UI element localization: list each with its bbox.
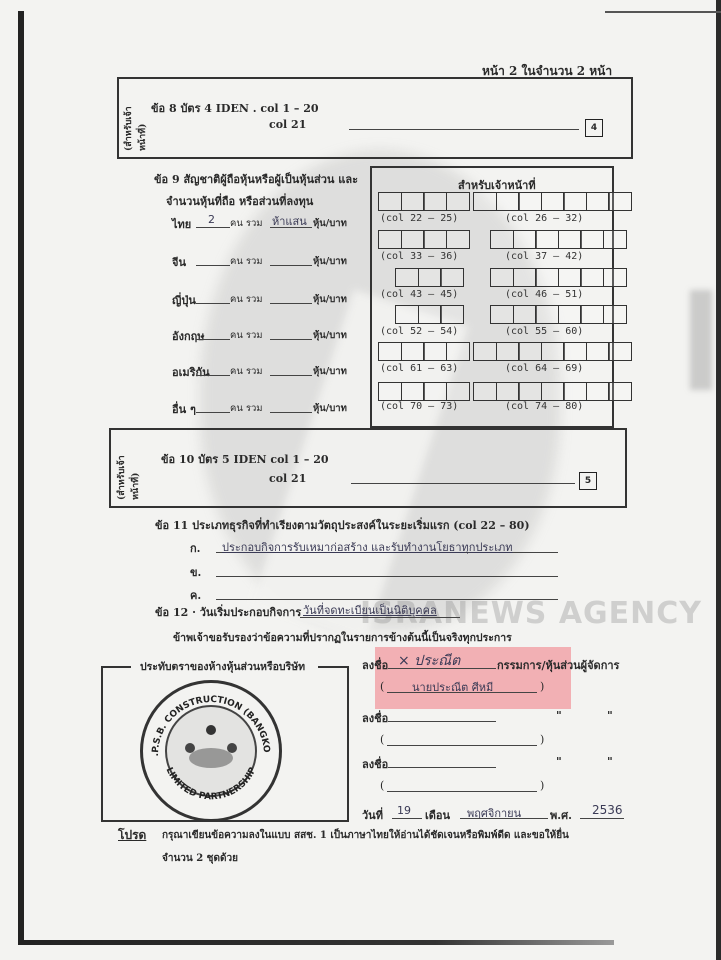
right-col-range: (col 37 — 42) — [505, 251, 583, 262]
item11-value: ประกอบกิจการรับเหมาก่อสร้าง และรับทำงานโ… — [222, 538, 513, 556]
amount-unit: หุ้น/บาท — [313, 401, 347, 416]
code-cell[interactable] — [490, 305, 514, 324]
code-cell[interactable] — [401, 192, 425, 211]
persons-unit: คน รวม — [230, 364, 263, 379]
amount-line — [270, 375, 312, 376]
code-cell[interactable] — [401, 382, 425, 401]
code-cell[interactable] — [423, 382, 447, 401]
persons-line — [196, 375, 230, 376]
code-cell[interactable] — [440, 268, 464, 287]
code-cell[interactable] — [535, 230, 559, 249]
code-cell[interactable] — [446, 192, 470, 211]
right-code-cells — [490, 230, 625, 249]
code-cell[interactable] — [580, 230, 604, 249]
ditto-mark: " — [556, 755, 562, 768]
sign-label: ลงชื่อ — [362, 656, 388, 674]
code-cell[interactable] — [580, 305, 604, 324]
code-cell[interactable] — [580, 268, 604, 287]
amount-line — [270, 339, 312, 340]
stamp-box-top-left — [101, 666, 131, 668]
code-cell[interactable] — [603, 305, 627, 324]
signature-line — [388, 767, 496, 768]
persons-unit: คน รวม — [230, 292, 263, 307]
nationality-label: อเมริกัน — [172, 363, 210, 381]
amount-unit: หุ้น/บาท — [313, 292, 347, 307]
officer-only-label: (สำหรับเจ้าหน้าที่) — [115, 436, 143, 500]
code-cell[interactable] — [518, 192, 542, 211]
signature-value: × ประณีต — [398, 650, 460, 672]
left-col-range: (col 43 — 45) — [380, 289, 458, 300]
right-code-cells — [473, 192, 631, 211]
signature-line — [388, 721, 496, 722]
date-month-line — [460, 818, 548, 819]
code-cell[interactable] — [440, 305, 464, 324]
code-cell[interactable] — [446, 382, 470, 401]
code-cell[interactable] — [401, 230, 425, 249]
printed-name-line — [387, 791, 537, 792]
date-month: พฤศจิกายน — [467, 804, 521, 822]
persons-unit: คน รวม — [230, 401, 263, 416]
code-cell[interactable] — [558, 268, 582, 287]
left-col-range: (col 70 — 73) — [380, 401, 458, 412]
code-cell[interactable] — [513, 268, 537, 287]
code-cell[interactable] — [608, 382, 632, 401]
ditto-mark: " — [607, 709, 613, 722]
date-month-label: เดือน — [425, 806, 450, 824]
date-year: 2536 — [592, 803, 623, 817]
code-cell[interactable] — [496, 192, 520, 211]
right-code-cells — [490, 268, 625, 287]
item10-col21-line — [351, 483, 575, 484]
sign-label: ลงชื่อ — [362, 755, 388, 773]
code-cell[interactable] — [446, 230, 470, 249]
date-day-line — [392, 818, 422, 819]
code-cell[interactable] — [518, 342, 542, 361]
code-cells-other — [473, 382, 631, 401]
item8-box: (สำหรับเจ้าหน้าที่) ข้อ 8 บัตร 4 IDEN . … — [117, 77, 633, 159]
svg-text:LIMITED PARTNERSHIP: LIMITED PARTNERSHIP — [164, 766, 259, 803]
item8-col21-line — [349, 129, 579, 130]
amount-unit: หุ้น/บาท — [313, 254, 347, 269]
item10-box: (สำหรับเจ้าหน้าที่) ข้อ 10 บัตร 5 IDEN c… — [109, 428, 627, 508]
nationality-label: อื่น ๆ — [172, 400, 196, 418]
code-cells-other — [378, 382, 468, 401]
code-cell[interactable] — [563, 342, 587, 361]
left-code-cells — [378, 192, 468, 211]
code-cell[interactable] — [423, 192, 447, 211]
right-col-range: (col 55 — 60) — [505, 326, 583, 337]
scan-border-right — [716, 0, 721, 960]
amount-unit: หุ้น/บาท — [313, 364, 347, 379]
item12-label: ข้อ 12 · วันเริ่มประกอบกิจการ — [155, 603, 301, 621]
date-year-label: พ.ศ. — [550, 806, 572, 824]
amount-unit: หุ้น/บาท — [313, 216, 347, 231]
name-close-paren: ) — [540, 733, 544, 746]
amount-line — [270, 303, 312, 304]
ditto-mark: " — [607, 755, 613, 768]
note-line-1: กรุณาเขียนข้อความลงในแบบ สสช. 1 เป็นภาษา… — [162, 828, 569, 843]
item10-col21: col 21 — [269, 472, 306, 485]
code-cell[interactable] — [378, 342, 402, 361]
right-col-range: (col 46 — 51) — [505, 289, 583, 300]
amount-value: ห้าแสน — [272, 212, 307, 230]
note-label: โปรด — [118, 826, 146, 845]
code-cell[interactable] — [563, 382, 587, 401]
code-cell[interactable] — [541, 192, 565, 211]
persons-unit: คน รวม — [230, 254, 263, 269]
code-cell[interactable] — [586, 192, 610, 211]
code-cell[interactable] — [608, 342, 632, 361]
item10-label: ข้อ 10 บัตร 5 IDEN col 1 – 20 — [161, 450, 329, 468]
code-cell[interactable] — [395, 268, 419, 287]
code-cell[interactable] — [558, 305, 582, 324]
item11-line — [216, 599, 558, 600]
item9-title-2: จำนวนหุ้นที่ถือ หรือส่วนที่ลงทุน — [166, 192, 313, 210]
code-cell[interactable] — [541, 382, 565, 401]
code-cell[interactable] — [513, 230, 537, 249]
right-col-range: (col 64 — 69) — [505, 363, 583, 374]
item11-line — [216, 576, 558, 577]
left-col-range: (col 52 — 54) — [380, 326, 458, 337]
scan-line-top — [605, 11, 721, 13]
item11-prefix: ก. — [190, 539, 201, 557]
persons-unit: คน รวม — [230, 328, 263, 343]
code-cell[interactable] — [535, 268, 559, 287]
code-cell[interactable] — [535, 305, 559, 324]
persons-line — [196, 412, 230, 413]
printed-name-line — [387, 745, 537, 746]
amount-line — [270, 265, 312, 266]
right-code-cells — [490, 305, 625, 324]
item12-line — [300, 617, 460, 618]
persons-unit: คน รวม — [230, 216, 263, 231]
persons-line — [196, 303, 230, 304]
officer-only-label: (สำหรับเจ้าหน้าที่) — [122, 85, 150, 151]
code-cell[interactable] — [401, 342, 425, 361]
ditto-mark: " — [556, 709, 562, 722]
nationality-label: อังกฤษ — [172, 327, 205, 345]
code-cell[interactable] — [603, 268, 627, 287]
code-cell[interactable] — [418, 305, 442, 324]
left-code-cells — [395, 305, 463, 324]
left-col-range: (col 33 — 36) — [380, 251, 458, 262]
right-col-range: (col 74 — 80) — [505, 401, 583, 412]
sign-label: ลงชื่อ — [362, 709, 388, 727]
code-cell[interactable] — [558, 230, 582, 249]
name-open-paren: ( — [380, 733, 384, 746]
svg-text:H.P.S.B. CONSTRUCTION (BANGKOK: H.P.S.B. CONSTRUCTION (BANGKOK) — [140, 680, 271, 756]
persons-value: 2 — [208, 213, 215, 226]
right-code-cells — [473, 342, 631, 361]
date-day: 19 — [397, 804, 411, 817]
stamp-box-title: ประทับตราของห้างหุ้นส่วนหรือบริษัท — [140, 658, 305, 675]
code-cell[interactable] — [513, 305, 537, 324]
date-year-line — [580, 818, 624, 819]
left-code-cells — [395, 268, 463, 287]
code-cell[interactable] — [378, 192, 402, 211]
left-code-cells — [378, 230, 468, 249]
code-cell[interactable] — [586, 382, 610, 401]
code-cell[interactable] — [496, 382, 520, 401]
code-cell[interactable] — [378, 382, 402, 401]
stamp-box-top-right — [318, 666, 347, 668]
item8-label: ข้อ 8 บัตร 4 IDEN . col 1 – 20 — [151, 99, 319, 117]
name-open-paren: ( — [380, 779, 384, 792]
code-cell[interactable] — [423, 342, 447, 361]
code-cell[interactable] — [378, 230, 402, 249]
persons-line — [196, 265, 230, 266]
code-cell[interactable] — [490, 230, 514, 249]
persons-line — [196, 339, 230, 340]
printed-name: นายประณีต ศีหมี — [412, 678, 493, 696]
item8-card-code: 4 — [585, 119, 603, 137]
item9-title-1: ข้อ 9 สัญชาติผู้ถือหุ้นหรือผู้เป็นหุ้นส่… — [154, 170, 358, 188]
note-line-2: จำนวน 2 ชุดด้วย — [162, 851, 238, 866]
code-cell[interactable] — [490, 268, 514, 287]
code-cell[interactable] — [423, 230, 447, 249]
code-cell[interactable] — [608, 192, 632, 211]
code-cell[interactable] — [586, 342, 610, 361]
code-cell[interactable] — [446, 342, 470, 361]
left-col-range: (col 61 — 63) — [380, 363, 458, 374]
nationality-label: ไทย — [172, 215, 191, 233]
item10-card-code: 5 — [579, 472, 597, 490]
code-cell[interactable] — [395, 305, 419, 324]
code-cell[interactable] — [563, 192, 587, 211]
item11-prefix: ข. — [190, 563, 201, 581]
name-close-paren: ) — [540, 779, 544, 792]
date-day-label: วันที่ — [362, 806, 383, 824]
name-close-paren: ) — [540, 680, 544, 693]
code-cell[interactable] — [418, 268, 442, 287]
item11-title: ข้อ 11 ประเภทธุรกิจที่ทำเรียงตามวัตถุประ… — [155, 516, 530, 534]
left-col-range: (col 22 — 25) — [380, 213, 458, 224]
code-cell[interactable] — [518, 382, 542, 401]
amount-line — [270, 412, 312, 413]
scan-line-bottom — [18, 940, 614, 945]
nationality-label: จีน — [172, 253, 186, 271]
code-cell[interactable] — [496, 342, 520, 361]
company-seal-text: H.P.S.B. CONSTRUCTION (BANGKOK) LIMITED … — [140, 680, 282, 822]
watermark-side — [690, 290, 712, 390]
code-cell[interactable] — [603, 230, 627, 249]
code-cell[interactable] — [473, 342, 497, 361]
item8-col21: col 21 — [269, 118, 306, 131]
right-col-range: (col 26 — 32) — [505, 213, 583, 224]
amount-unit: หุ้น/บาท — [313, 328, 347, 343]
code-cell[interactable] — [473, 192, 497, 211]
item11-prefix: ค. — [190, 586, 201, 604]
nationality-label: ญี่ปุ่น — [172, 291, 196, 309]
code-cell[interactable] — [473, 382, 497, 401]
name-open-paren: ( — [380, 680, 384, 693]
left-code-cells — [378, 342, 468, 361]
code-cell[interactable] — [541, 342, 565, 361]
scan-border-left — [18, 11, 24, 941]
persons-line — [196, 227, 230, 228]
role-label: กรรมการ/หุ้นส่วนผู้จัดการ — [497, 656, 619, 674]
certification-text: ข้าพเจ้าขอรับรองว่าข้อความที่ปรากฏในรายก… — [173, 629, 512, 646]
